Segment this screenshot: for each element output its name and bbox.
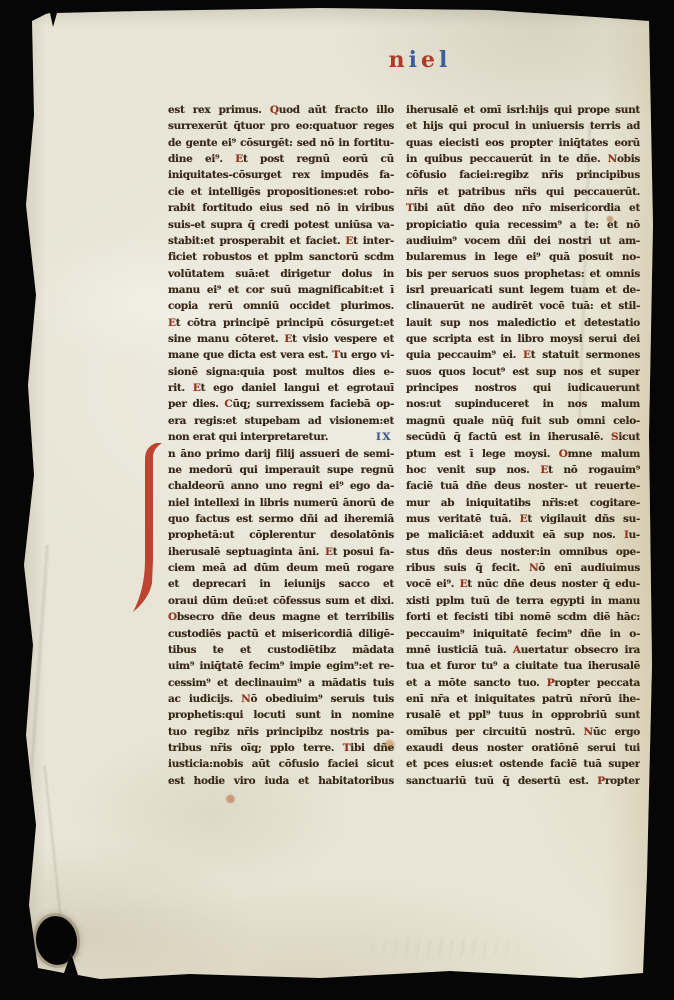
text-line: cōfusio faciei:regibz nr̄is principibus: [406, 167, 640, 183]
text-line: niel intellexi in libris numerū ānorū de: [168, 495, 394, 511]
text-line: propiciatio quia recessim⁹ a te: et nō: [406, 217, 640, 233]
wrinkle-crease: [26, 545, 53, 785]
text-line: Et cōtra principē principū cōsurget:et: [168, 315, 394, 331]
illuminated-initial-I: [132, 442, 164, 620]
text-line: Tibi aūt dño deo nr̄o misericordia et: [406, 200, 640, 216]
text-line: et hijs qui procul in uniuersis terris a…: [406, 118, 640, 134]
text-line: manu ei⁹ et cor suū magnificabit:et ī: [168, 282, 394, 298]
text-line: bularemus in lege ei⁹ quā posuit no-: [406, 249, 640, 265]
text-line: pe maliciā:et adduxit eā sup nos. Iu-: [406, 527, 640, 543]
text-line: iherusalē et omī isrl:hijs qui prope sun…: [406, 102, 640, 118]
running-header-letter: e: [421, 47, 439, 73]
text-line: custodiēs pactū et misericordiā diligē-: [168, 626, 394, 642]
text-line: enī nr̄a et iniquitates patrū nr̄orū ihe…: [406, 691, 640, 707]
running-header: niel: [350, 47, 490, 73]
parchment-leaf: niel est rex primus. Quod aūt fracto ill…: [20, 5, 654, 991]
text-line: volūtatem suā:et dirigetur dolus in: [168, 266, 394, 282]
text-line: suos quos locut⁹ est sup nos et super: [406, 364, 640, 380]
text-line: cessim⁹ et declinauim⁹ a mādatis tuis: [168, 675, 394, 691]
text-line: ficiet robustos et pplm sanctorū scdm: [168, 249, 394, 265]
text-line: principes nostros qui iudicauerunt: [406, 380, 640, 396]
text-line: mus veritatē tuā. Et vigilauit dñs su-: [406, 511, 640, 527]
text-line: xisti pplm tuū de terra egypti in manu: [406, 593, 640, 609]
text-line: et a mōte sancto tuo. Propter peccata: [406, 675, 640, 691]
text-line: iusticia:nobis aūt cōfusio faciei sicut: [168, 756, 394, 772]
text-line: rusalē et ppl⁹ tuus in opprobriū sunt: [406, 707, 640, 723]
text-line: non erat qui interpretaretur.IX: [168, 429, 394, 445]
text-line: mnē iusticiā tuā. Auertatur obsecro ira: [406, 642, 640, 658]
text-line: stus dñs deus noster:in omnibus ope-: [406, 544, 640, 560]
text-line: est hodie viro iuda et habitatoribus: [168, 773, 394, 789]
text-line: ciem meā ad dūm deum meū rogare: [168, 560, 394, 576]
text-line: omībus per circuitū nostrū. Nūc ergo: [406, 724, 640, 740]
text-line: in quibus peccauerūt in te dñe. Nobis: [406, 151, 640, 167]
pencil-inscription-smudge: [370, 935, 520, 961]
text-line: forti et fecisti tibi nomē scdm diē hāc:: [406, 609, 640, 625]
text-line: vocē ei⁹. Et nūc dñe deus noster q̄ edu-: [406, 576, 640, 592]
text-line: hoc venit sup nos. Et nō rogauim⁹: [406, 462, 640, 478]
text-block: est rex primus. Quod aūt fracto illosurr…: [168, 102, 640, 789]
running-header-letter: n: [389, 47, 409, 73]
text-line: Obsecro dñe deus magne et terribilis: [168, 609, 394, 625]
text-line: ne medorū qui imperauit supe regnū: [168, 462, 394, 478]
text-line: prophetā:ut cōplerentur desolatōnis: [168, 527, 394, 543]
text-line: mur ab iniquitatibs nr̄is:et cogitare-: [406, 495, 640, 511]
text-line: nos:ut supinduceret in nos malum: [406, 396, 640, 412]
text-line: iniquitates-cōsurget rex impudēs fa-: [168, 167, 394, 183]
running-header-letter: i: [409, 47, 421, 73]
text-line: suis-et supra q̄ credi potest uniūsa va-: [168, 217, 394, 233]
text-line: dine ei⁹. Et post regnū eorū cū creuerin…: [168, 151, 394, 167]
text-line: et pces eius:et ostende faciē tuā super: [406, 756, 640, 772]
text-line: iherusalē septuaginta āni. Et posui fa-: [168, 544, 394, 560]
parchment-hole: [33, 913, 80, 967]
text-line: oraui dūm deū:et cōfessus sum et dixi.: [168, 593, 394, 609]
text-line: per dies. Cūq; surrexissem faciebā op-: [168, 396, 394, 412]
stain-spot: [225, 794, 236, 804]
text-line: mane que dicta est vera est. Tu ergo vi-: [168, 347, 394, 363]
text-line: cie et intelligēs propositiones:et robo-: [168, 184, 394, 200]
text-line: rit. Et ego daniel langui et egrotauī: [168, 380, 394, 396]
text-line: nr̄is et patribus nr̄is qui peccauerūt.: [406, 184, 640, 200]
text-line: era regis:et stupebam ad visionem:et: [168, 413, 394, 429]
text-line: chaldeorū anno uno regni ei⁹ ego da-: [168, 478, 394, 494]
text-line: quo factus est sermo dñi ad iheremiā: [168, 511, 394, 527]
text-line: exaudi deus noster oratiōnē serui tui: [406, 740, 640, 756]
text-line: que scripta est in libro moysi serui dei: [406, 331, 640, 347]
text-line: faciē tuā dñe deus noster- ut reuerte-: [406, 478, 640, 494]
text-line: surrexerūt q̄tuor pro eo:quatuor reges: [168, 118, 394, 134]
text-line: n āno primo darij filij assueri de semi-: [168, 446, 394, 462]
text-line: sanctuariū tuū q̄ desertū est. Propter: [406, 773, 640, 789]
text-line: clinauerūt ne audirēt vocē tuā: et stil-: [406, 298, 640, 314]
text-line: isrl preuaricati sunt legem tuam et de-: [406, 282, 640, 298]
text-line: de gente ei⁹ cōsurgēt: sed nō in fortitu…: [168, 135, 394, 151]
text-line: copia rerū omniū occidet plurimos.: [168, 298, 394, 314]
text-line: stabit:et prosperabit et faciet. Et inte…: [168, 233, 394, 249]
text-line: rabit fortitudo eius sed nō in viribus: [168, 200, 394, 216]
text-line: magnū quale nūq̄ fuit sub omni celo-: [406, 413, 640, 429]
text-line: peccauim⁹ iniquitatē fecim⁹ dñe in o-: [406, 626, 640, 642]
text-line: ac iudicijs. Nō obediuim⁹ seruis tuis: [168, 691, 394, 707]
text-line: sionē signa:quia post multos dies e-: [168, 364, 394, 380]
text-line: quia peccauim⁹ ei. Et statuit sermones: [406, 347, 640, 363]
text-column-right: iherusalē et omī isrl:hijs qui prope sun…: [406, 102, 640, 789]
running-header-letter: l: [439, 47, 451, 73]
text-line: tuo regibz nr̄is principibz nostris pa-: [168, 724, 394, 740]
text-line: prophetis:qui locuti sunt in nomine: [168, 707, 394, 723]
chapter-numeral: IX: [376, 429, 394, 445]
text-line: lauit sup nos maledictio et detestatio: [406, 315, 640, 331]
text-line: secūdū q̄ factū est in iherusalē. Sicut …: [406, 429, 640, 445]
text-line: sine manu cōteret. Et visio vespere et: [168, 331, 394, 347]
text-line: ptum est ī lege moysi. Omne malum: [406, 446, 640, 462]
text-line: quas eiecisti eos propter iniq̄tates eor…: [406, 135, 640, 151]
text-line: tua et furor tu⁹ a ciuitate tua iherusal…: [406, 658, 640, 674]
text-line: est rex primus. Quod aūt fracto illo: [168, 102, 394, 118]
text-line: audiuim⁹ vocem dñi dei nostri ut am-: [406, 233, 640, 249]
text-line: tribus nr̄is oīq; pplo terre. Tibi dñe: [168, 740, 394, 756]
text-column-left: est rex primus. Quod aūt fracto illosurr…: [168, 102, 394, 789]
text-line: tibus te et custodiētibz mādata tua:pecc…: [168, 642, 394, 658]
text-line: bis per seruos suos prophetas: et omnis: [406, 266, 640, 282]
text-line: et deprecari in ieiunijs sacco et cinere…: [168, 576, 394, 592]
text-line: uim⁹ iniq̄tatē fecim⁹ impie egim⁹:et re-: [168, 658, 394, 674]
text-line: ribus suis q̄ fecit. Nō enī audiuimus: [406, 560, 640, 576]
